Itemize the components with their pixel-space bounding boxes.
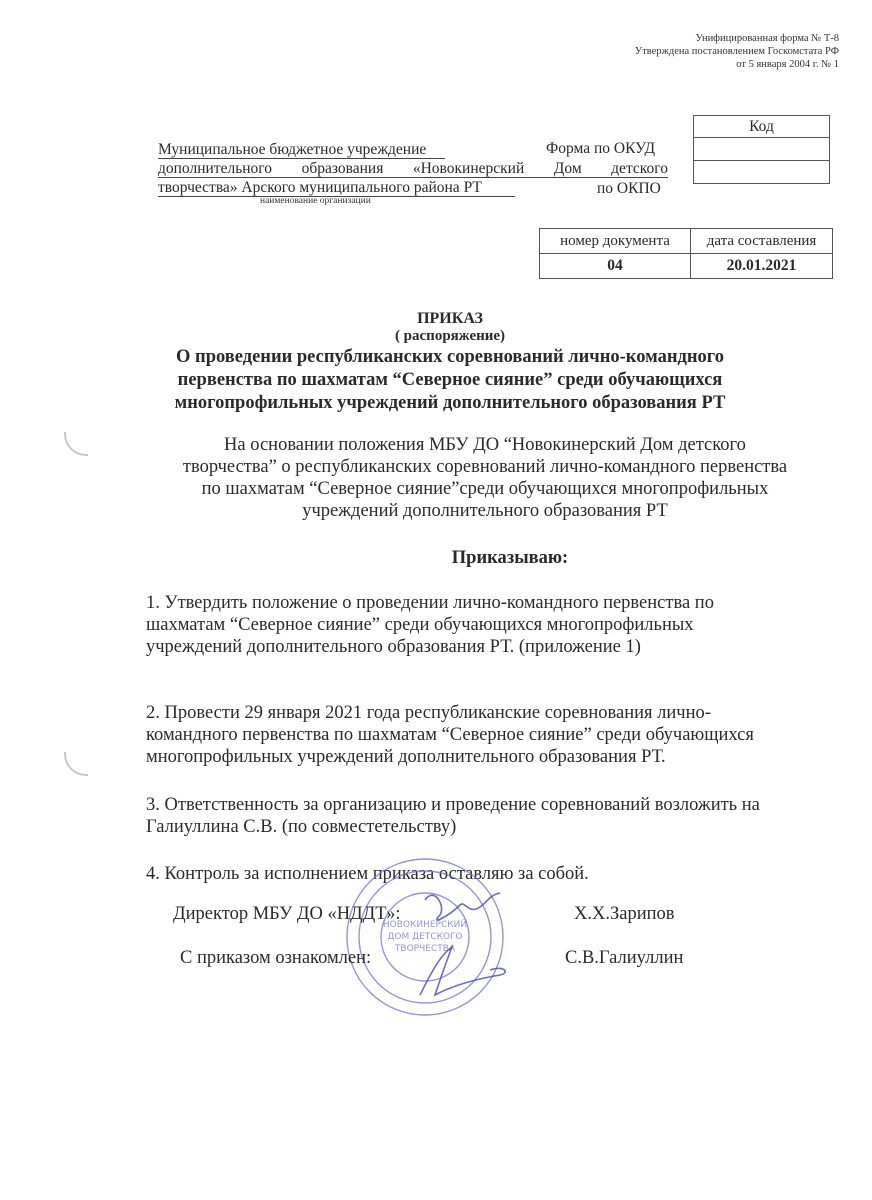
- document-number-header: номер документа: [540, 229, 691, 254]
- basis-line: На основании положения МБУ ДО “Новокинер…: [150, 434, 820, 456]
- form-header-line3: от 5 января 2004 г. № 1: [635, 58, 839, 71]
- code-header: Код: [694, 116, 830, 138]
- punch-hole-mark-icon: [64, 432, 88, 456]
- acknowledged-label: С приказом ознакомлен:: [180, 948, 371, 969]
- title-sub: ( распоряжение): [150, 328, 750, 345]
- organization-line1: Муниципальное бюджетное учреждение: [158, 140, 445, 159]
- form-header-line1: Унифицированная форма № Т-8: [635, 32, 839, 45]
- order-item-line: 1. Утвердить положение о проведении личн…: [146, 592, 836, 614]
- title-subject: О проведении республиканских соревновани…: [150, 346, 750, 415]
- organization-word: детского: [611, 159, 668, 177]
- organization-word: образования: [302, 159, 384, 177]
- director-label: Директор МБУ ДО «НДДТ»:: [173, 904, 401, 925]
- order-item-line: Галиуллина С.В. (по совместетельству): [146, 816, 836, 838]
- order-item-line: шахматам “Северное сияние” среди обучающ…: [146, 614, 836, 636]
- order-item-line: 2. Провести 29 января 2021 года республи…: [146, 702, 836, 724]
- title-main: ПРИКАЗ: [150, 310, 750, 328]
- title-subject-line: первенства по шахматам “Северное сияние”…: [150, 369, 750, 392]
- title-subject-line: многопрофильных учреждений дополнительно…: [150, 392, 750, 415]
- director-name: Х.Х.Зарипов: [574, 904, 675, 925]
- organization-word: Дом: [554, 159, 582, 177]
- title-subject-line: О проведении республиканских соревновани…: [150, 346, 750, 369]
- document-number: 04: [540, 254, 691, 279]
- order-item-line: учреждений дополнительного образования Р…: [146, 636, 836, 658]
- order-item-2: 2. Провести 29 января 2021 года республи…: [146, 702, 836, 768]
- okud-label: Форма по ОКУД: [542, 140, 655, 158]
- okud-code-cell: [694, 138, 830, 161]
- order-item-line: командного первенства по шахматам “Север…: [146, 724, 836, 746]
- order-item-line: 3. Ответственность за организацию и пров…: [146, 794, 836, 816]
- basis-paragraph: На основании положения МБУ ДО “Новокинер…: [150, 434, 820, 522]
- document-title: ПРИКАЗ ( распоряжение) О проведении респ…: [150, 310, 750, 415]
- organization-caption: наименование организации: [260, 196, 371, 206]
- organization-word: «Новокинерский: [413, 159, 524, 177]
- svg-text:ДОМ ДЕТСКОГО: ДОМ ДЕТСКОГО: [387, 932, 462, 942]
- code-table: Код: [693, 115, 830, 184]
- form-header-line2: Утверждена постановлением Госкомстата РФ: [635, 45, 839, 58]
- form-header: Унифицированная форма № Т-8 Утверждена п…: [635, 32, 839, 71]
- organization-line3: творчества» Арского муниципального район…: [158, 178, 515, 197]
- organization-stamp-icon: НОВОКИНЕРСКИЙ ДОМ ДЕТСКОГО ТВОРЧЕСТВА: [340, 855, 510, 1020]
- document-date: 20.01.2021: [691, 254, 833, 279]
- document-info-table: номер документа дата составления 04 20.0…: [539, 228, 833, 279]
- order-item-line: многопрофильных учреждений дополнительно…: [146, 746, 836, 768]
- punch-hole-mark-icon: [64, 752, 88, 776]
- acknowledged-name: С.В.Галиуллин: [565, 948, 683, 969]
- basis-line: по шахматам “Северное сияние”среди обуча…: [150, 478, 820, 500]
- organization-word: дополнительного: [158, 159, 272, 177]
- basis-line: творчества” о республиканских соревнован…: [150, 456, 820, 478]
- order-item-1: 1. Утвердить положение о проведении личн…: [146, 592, 836, 658]
- order-item-3: 3. Ответственность за организацию и пров…: [146, 794, 836, 838]
- okpo-code-cell: [694, 161, 830, 184]
- okpo-label: по ОКПО: [597, 180, 661, 198]
- organization-line2: дополнительного образования «Новокинерск…: [158, 159, 668, 178]
- basis-line: учреждений дополнительного образования Р…: [150, 500, 820, 522]
- order-heading: Приказываю:: [150, 548, 870, 569]
- document-date-header: дата составления: [691, 229, 833, 254]
